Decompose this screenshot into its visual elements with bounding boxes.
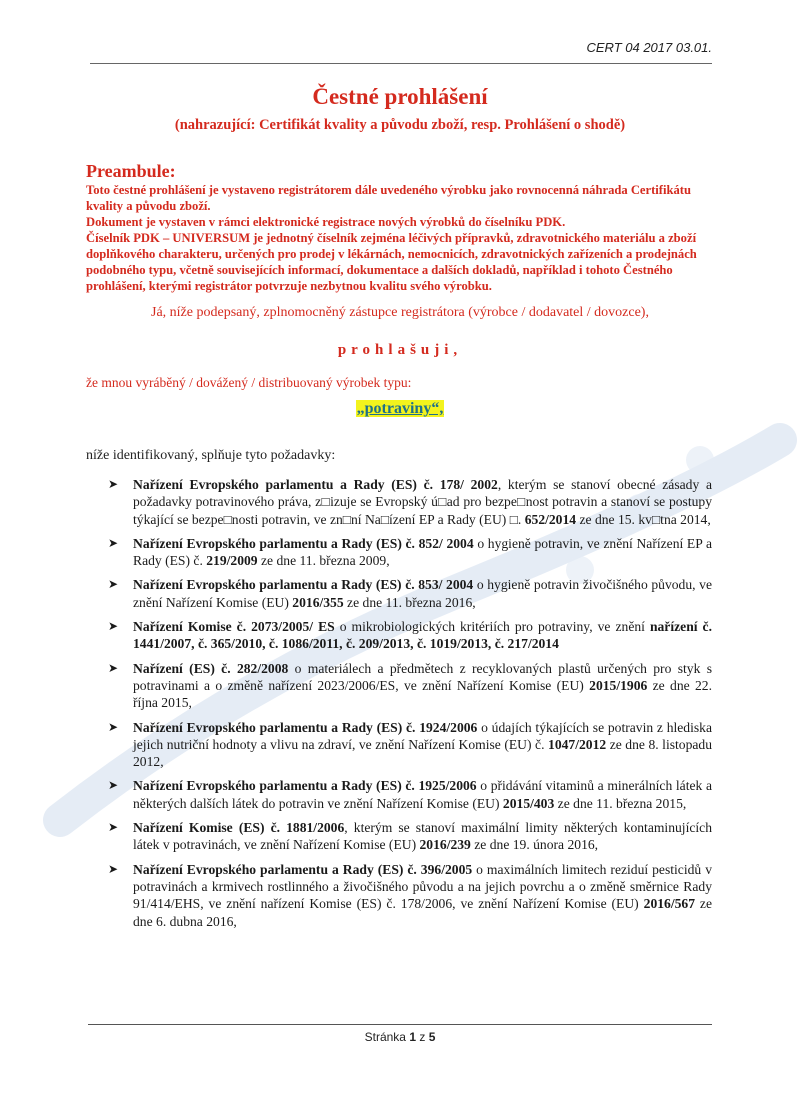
- arrow-bullet-icon: ➤: [108, 819, 118, 836]
- regulation-title: Nařízení Evropského parlamentu a Rady (E…: [133, 477, 498, 492]
- requirement-item: ➤Nařízení Evropského parlamentu a Rady (…: [108, 777, 712, 812]
- product-type-line: že mnou vyráběný / dovážený / distribuov…: [86, 375, 411, 391]
- regulation-amendment: 1047/2012: [548, 737, 606, 752]
- regulation-date: ze dne 11. března 2015,: [554, 796, 686, 811]
- regulation-title: Nařízení Evropského parlamentu a Rady (E…: [133, 778, 477, 793]
- footer-divider: [88, 1024, 712, 1025]
- document-subtitle: (nahrazující: Certifikát kvality a původ…: [0, 117, 800, 134]
- product-type: „potraviny“,: [0, 400, 800, 418]
- regulation-amendment: 2016/567: [644, 896, 695, 911]
- page-separator: z: [419, 1030, 425, 1044]
- page-label: Stránka: [365, 1030, 406, 1044]
- arrow-bullet-icon: ➤: [108, 861, 118, 878]
- regulation-title: Nařízení Evropského parlamentu a Rady (E…: [133, 720, 477, 735]
- regulation-title: Nařízení Evropského parlamentu a Rady (E…: [133, 536, 474, 551]
- arrow-bullet-icon: ➤: [108, 719, 118, 736]
- requirement-item: ➤Nařízení Evropského parlamentu a Rady (…: [108, 861, 712, 930]
- requirement-item: ➤Nařízení Komise č. 2073/2005/ ES o mikr…: [108, 618, 712, 653]
- requirements-list: ➤Nařízení Evropského parlamentu a Rady (…: [108, 476, 712, 937]
- regulation-title: Nařízení (ES) č. 282/2008: [133, 661, 288, 676]
- regulation-title: Nařízení Komise č. 2073/2005/ ES: [133, 619, 335, 634]
- preamble-heading: Preambule:: [86, 161, 176, 182]
- requirement-item: ➤Nařízení Evropského parlamentu a Rady (…: [108, 576, 712, 611]
- header-divider: [90, 63, 712, 64]
- requirement-item: ➤Nařízení Evropského parlamentu a Rady (…: [108, 719, 712, 771]
- page-number: Stránka 1 z 5: [0, 1030, 800, 1044]
- document-code: CERT 04 2017 03.01.: [586, 40, 712, 55]
- preamble-paragraph: Toto čestné prohlášení je vystaveno regi…: [86, 182, 726, 214]
- requirement-item: ➤Nařízení (ES) č. 282/2008 o materiálech…: [108, 660, 712, 712]
- total-pages: 5: [429, 1030, 436, 1044]
- regulation-title: Nařízení Komise (ES) č. 1881/2006: [133, 820, 344, 835]
- preamble-paragraph: Číselník PDK – UNIVERSUM je jednotný čís…: [86, 230, 726, 294]
- regulation-amendment: 219/2009: [206, 553, 257, 568]
- preamble-text: Toto čestné prohlášení je vystaveno regi…: [86, 182, 726, 294]
- requirement-item: ➤Nařízení Evropského parlamentu a Rady (…: [108, 476, 712, 528]
- requirement-item: ➤Nařízení Evropského parlamentu a Rady (…: [108, 535, 712, 570]
- preamble-paragraph: Dokument je vystaven v rámci elektronick…: [86, 214, 726, 230]
- regulation-date: ze dne 19. února 2016,: [471, 837, 598, 852]
- document-title: Čestné prohlášení: [0, 84, 800, 110]
- regulation-title: Nařízení Evropského parlamentu a Rady (E…: [133, 862, 472, 877]
- declarant-statement: Já, níže podepsaný, zplnomocněný zástupc…: [0, 305, 800, 321]
- regulation-date: ze dne 11. března 2009,: [258, 553, 390, 568]
- regulation-title: Nařízení Evropského parlamentu a Rady (E…: [133, 577, 473, 592]
- requirement-item: ➤Nařízení Komise (ES) č. 1881/2006, kter…: [108, 819, 712, 854]
- arrow-bullet-icon: ➤: [108, 618, 118, 635]
- regulation-date: ze dne 15. kv□tna 2014,: [576, 512, 711, 527]
- regulation-amendment: 652/2014: [525, 512, 576, 527]
- requirements-intro: níže identifikovaný, splňuje tyto požada…: [86, 448, 335, 464]
- regulation-amendment: 2016/239: [420, 837, 471, 852]
- regulation-amendment: 2015/1906: [589, 678, 647, 693]
- arrow-bullet-icon: ➤: [108, 476, 118, 493]
- arrow-bullet-icon: ➤: [108, 777, 118, 794]
- regulation-amendment: 2015/403: [503, 796, 554, 811]
- arrow-bullet-icon: ➤: [108, 660, 118, 677]
- arrow-bullet-icon: ➤: [108, 576, 118, 593]
- arrow-bullet-icon: ➤: [108, 535, 118, 552]
- product-type-value: „potraviny“,: [356, 400, 445, 417]
- regulation-amendment: 2016/355: [292, 595, 343, 610]
- regulation-text: o mikrobiologických kritériích pro potra…: [335, 619, 650, 634]
- declare-word: prohlašuji,: [0, 342, 800, 359]
- regulation-date: ze dne 11. března 2016,: [344, 595, 476, 610]
- current-page: 1: [409, 1030, 416, 1044]
